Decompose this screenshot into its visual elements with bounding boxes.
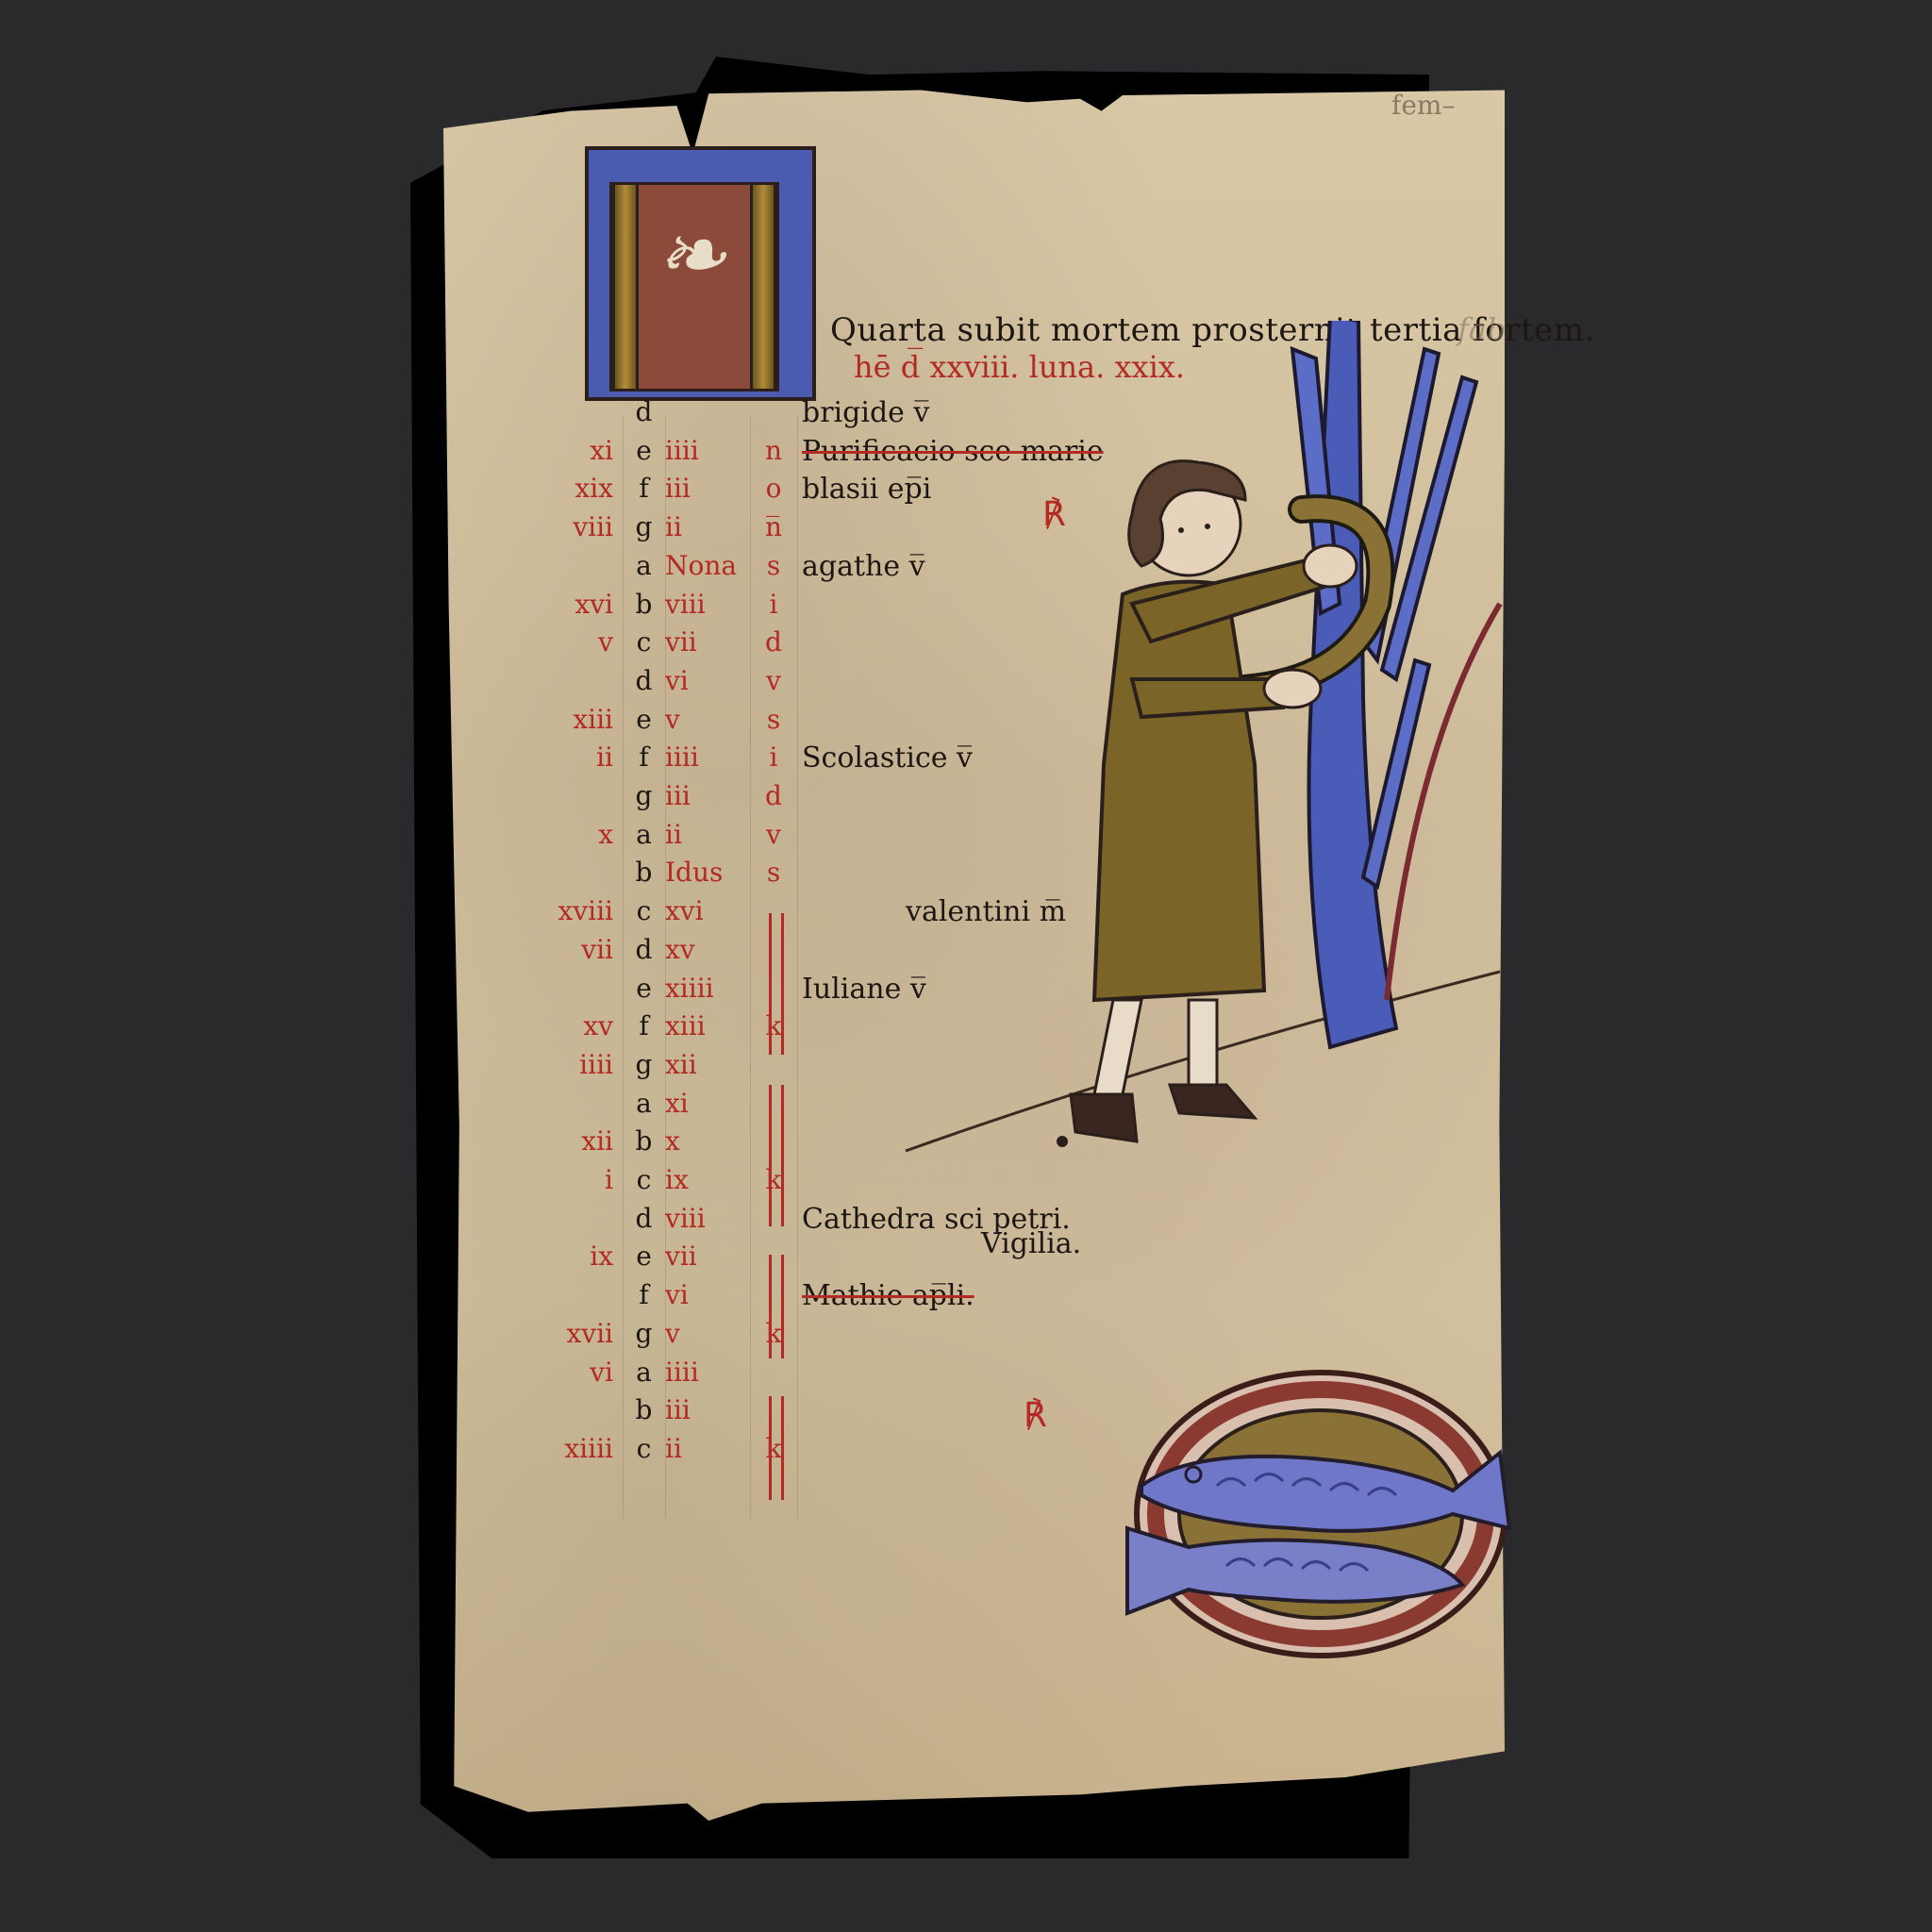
day-count-cell: v	[665, 704, 745, 735]
nones-ides-kalends-cell: v	[755, 819, 792, 850]
man-with-tree-icon	[887, 321, 1509, 1189]
golden-number-cell: x	[528, 819, 613, 850]
golden-number-cell: xii	[528, 1125, 613, 1157]
golden-number-cell: vi	[528, 1357, 613, 1388]
nones-ides-kalends-cell: i	[755, 741, 792, 773]
nones-ides-kalends-cell: s	[755, 704, 792, 735]
golden-number-cell: ii	[528, 741, 613, 773]
golden-number-cell: xvii	[528, 1318, 613, 1349]
dominical-letter-cell: f	[627, 473, 660, 504]
dominical-letter-cell: d	[627, 934, 660, 965]
day-count-cell: ii	[665, 819, 745, 850]
dominical-letter-cell: b	[627, 589, 660, 620]
dominical-letter-cell: e	[627, 435, 660, 466]
day-count-cell: iiii	[665, 741, 745, 773]
golden-number-cell: xviii	[528, 895, 613, 926]
golden-number-cell: xv	[528, 1010, 613, 1041]
pisces-fish-icon	[1104, 1363, 1519, 1665]
dominical-letter-cell: f	[627, 1279, 660, 1310]
day-count-cell: ii	[665, 1433, 745, 1464]
golden-number-cell: xvi	[528, 589, 613, 620]
dominical-letter-cell: e	[627, 704, 660, 735]
dominical-letter-cell: g	[627, 511, 660, 542]
initial-gold-bar-left	[612, 185, 639, 389]
dominical-letter-cell: e	[627, 1241, 660, 1272]
nones-ides-kalends-cell: d	[755, 626, 792, 658]
day-count-cell: viii	[665, 589, 745, 620]
day-count-cell: xv	[665, 934, 745, 965]
dominical-letter-cell: c	[627, 626, 660, 658]
nones-ides-kalends-cell: n̅	[755, 511, 792, 542]
day-count-cell: iii	[665, 473, 745, 504]
nones-ides-kalends-cell: i	[755, 589, 792, 620]
day-count-cell: iii	[665, 780, 745, 811]
dominical-letter-cell: c	[627, 1164, 660, 1195]
dominical-letter-cell: a	[627, 1088, 660, 1119]
dominical-letter-cell: d	[627, 665, 660, 696]
day-count-cell: iiii	[665, 435, 745, 466]
golden-number-cell: xix	[528, 473, 613, 504]
nones-ides-kalends-cell: d	[755, 780, 792, 811]
dominical-letter-cell: a	[627, 550, 660, 581]
initial-panel: ❧	[609, 182, 779, 391]
day-count-cell: vi	[665, 1279, 745, 1310]
day-count-cell: xi	[665, 1088, 745, 1119]
red-paragraph-mark: ℟	[1024, 1396, 1047, 1435]
day-count-cell: iiii	[665, 1357, 745, 1388]
golden-number-cell: iiii	[528, 1049, 613, 1080]
kalends-bracket	[769, 913, 784, 1055]
column-rule	[797, 415, 798, 1519]
dominical-letter-cell: c	[627, 895, 660, 926]
dominical-letter-cell: c	[627, 1433, 660, 1464]
nones-ides-kalends-cell: s	[755, 550, 792, 581]
dominical-letter-cell: g	[627, 1318, 660, 1349]
day-count-cell: vi	[665, 665, 745, 696]
day-count-cell: xiii	[665, 1010, 745, 1041]
dominical-letter-cell: d	[627, 1203, 660, 1234]
dominical-letter-cell: f	[627, 741, 660, 773]
dominical-letter-cell: a	[627, 1357, 660, 1388]
margin-note-top: fem–	[1391, 90, 1455, 121]
golden-number-cell: v	[528, 626, 613, 658]
dominical-letter-cell: b	[627, 1125, 660, 1157]
day-count-cell: vii	[665, 626, 745, 658]
golden-number-cell: xiiii	[528, 1433, 613, 1464]
golden-number-cell: i	[528, 1164, 613, 1195]
dominical-letter-cell: e	[627, 973, 660, 1004]
dominical-letter-cell: a	[627, 819, 660, 850]
golden-number-cell: xiii	[528, 704, 613, 735]
dominical-letter-cell: d	[627, 396, 660, 427]
dominical-letter-cell: g	[627, 780, 660, 811]
day-count-cell: xiiii	[665, 973, 745, 1004]
day-count-cell: x	[665, 1125, 745, 1157]
kalends-bracket	[769, 1396, 784, 1500]
illuminated-initial: ❧	[585, 146, 821, 401]
day-count-cell: ix	[665, 1164, 745, 1195]
golden-number-cell: vii	[528, 934, 613, 965]
day-count-cell: Nona	[665, 550, 745, 581]
nones-ides-kalends-cell: s	[755, 857, 792, 888]
feast-entry: Vigilia.	[981, 1227, 1081, 1260]
day-count-cell: viii	[665, 1203, 745, 1234]
day-count-cell: Idus	[665, 857, 745, 888]
golden-number-cell: viii	[528, 511, 613, 542]
kalends-bracket	[769, 1085, 784, 1226]
column-rule	[623, 415, 624, 1519]
feast-entry: Mathie ap̅li.	[802, 1279, 974, 1312]
day-count-cell: ii	[665, 511, 745, 542]
nones-ides-kalends-cell: v	[755, 665, 792, 696]
dominical-letter-cell: b	[627, 1394, 660, 1425]
nones-ides-kalends-cell: n	[755, 435, 792, 466]
initial-scroll-ornament: ❧	[655, 213, 725, 298]
column-rule	[750, 415, 751, 1519]
dominical-letter-cell: b	[627, 857, 660, 888]
initial-gold-bar-right	[750, 185, 776, 389]
golden-number-cell: ix	[528, 1241, 613, 1272]
day-count-cell: xii	[665, 1049, 745, 1080]
dominical-letter-cell: f	[627, 1010, 660, 1041]
day-count-cell: iii	[665, 1394, 745, 1425]
golden-number-cell: xi	[528, 435, 613, 466]
day-count-cell: v	[665, 1318, 745, 1349]
nones-ides-kalends-cell: o	[755, 473, 792, 504]
day-count-cell: vii	[665, 1241, 745, 1272]
day-count-cell: xvi	[665, 895, 745, 926]
dominical-letter-cell: g	[627, 1049, 660, 1080]
kalends-bracket	[769, 1255, 784, 1358]
